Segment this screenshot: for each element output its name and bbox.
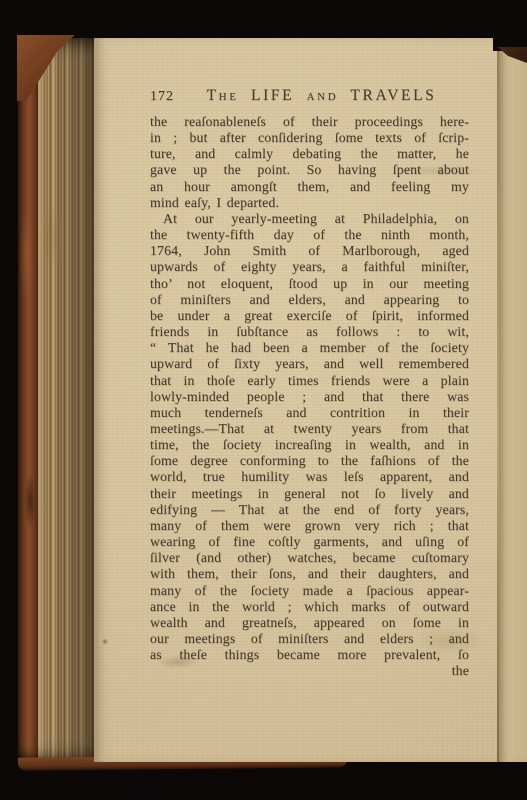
text-line: 1764, John Smith of Marlborough, aged xyxy=(150,243,469,259)
text-line: gave up the point. So having ſpent about xyxy=(150,162,469,178)
text-line: our meetings of miniſters and elders ; a… xyxy=(150,631,469,647)
text-line: of miniſters and elders, and appearing t… xyxy=(150,292,469,308)
text-line: “ That he had been a member of the ſocie… xyxy=(150,340,469,356)
text-line: the twenty-fifth day of the ninth month, xyxy=(150,227,469,243)
text-line: with them, their ſons, and their daughte… xyxy=(150,566,469,582)
book-spine-leather xyxy=(18,38,38,762)
leather-stain xyxy=(40,208,62,268)
text-line: wearing of fine coſtly garments, and uſi… xyxy=(150,534,469,550)
text-line: world, true humility was leſs apparent, … xyxy=(150,469,469,485)
book-page: 172 The LIFE and TRAVELS the reaſonablen… xyxy=(94,38,527,762)
leather-corner-fold xyxy=(17,35,75,101)
text-line: be under a great exerciſe of ſpirit, inf… xyxy=(150,308,469,324)
text-line: much tenderneſs and contrition in their xyxy=(150,405,469,421)
book: 172 The LIFE and TRAVELS the reaſonablen… xyxy=(18,38,527,762)
text-line: many of the ſociety made a ſpacious appe… xyxy=(150,583,469,599)
text-line: upwards of eighty years, a faithful mini… xyxy=(150,259,469,275)
text-line: wealth and greatneſs, appeared on ſome i… xyxy=(150,615,469,631)
text-line: in ; but after conſidering ſome texts of… xyxy=(150,130,469,146)
page-header: 172 The LIFE and TRAVELS xyxy=(150,87,469,105)
text-line: mind eaſy, I departed. xyxy=(150,195,469,211)
text-line: ance in the world ; which marks of outwa… xyxy=(150,599,469,615)
text-line: many of them were grown very rich ; that xyxy=(150,518,469,534)
text-line: time, the ſociety increaſing in wealth, … xyxy=(150,437,469,453)
text-line: edifying — That at the end of forty year… xyxy=(150,502,469,518)
text-line: ſilver (and other) watches, became cuſto… xyxy=(150,550,469,566)
text-line: ſome degree conforming to the faſhions o… xyxy=(150,453,469,469)
folio-page-number: 172 xyxy=(150,89,174,105)
text-line: an hour amongſt them, and feeling my xyxy=(150,179,469,195)
text-line: ture, and calmly debating the matter, he xyxy=(150,146,469,162)
running-title: The LIFE and TRAVELS xyxy=(174,87,469,105)
catchword: the xyxy=(150,663,469,679)
text-line: the reaſonableneſs of their proceedings … xyxy=(150,114,469,130)
page-fore-edges xyxy=(38,38,94,762)
text-line: meetings.—That at twenty years from that xyxy=(150,421,469,437)
text-line: as theſe things became more prevalent, ſ… xyxy=(150,647,469,663)
body-text-block: the reaſonableneſs of their proceedings … xyxy=(150,114,469,663)
text-line: lowly-minded people ; and that there was xyxy=(150,389,469,405)
text-line: that in thoſe early times friends were a… xyxy=(150,373,469,389)
text-line: friends in ſubſtance as follows : to wit… xyxy=(150,324,469,340)
text-line: their meetings in general not ſo lively … xyxy=(150,486,469,502)
text-line: tho’ not eloquent, ſtood up in our meeti… xyxy=(150,276,469,292)
text-line: At our yearly-meeting at Philadelphia, o… xyxy=(150,211,469,227)
text-line: upward of ſixty years, and well remember… xyxy=(150,356,469,372)
page-content: 172 The LIFE and TRAVELS the reaſonablen… xyxy=(94,38,527,679)
